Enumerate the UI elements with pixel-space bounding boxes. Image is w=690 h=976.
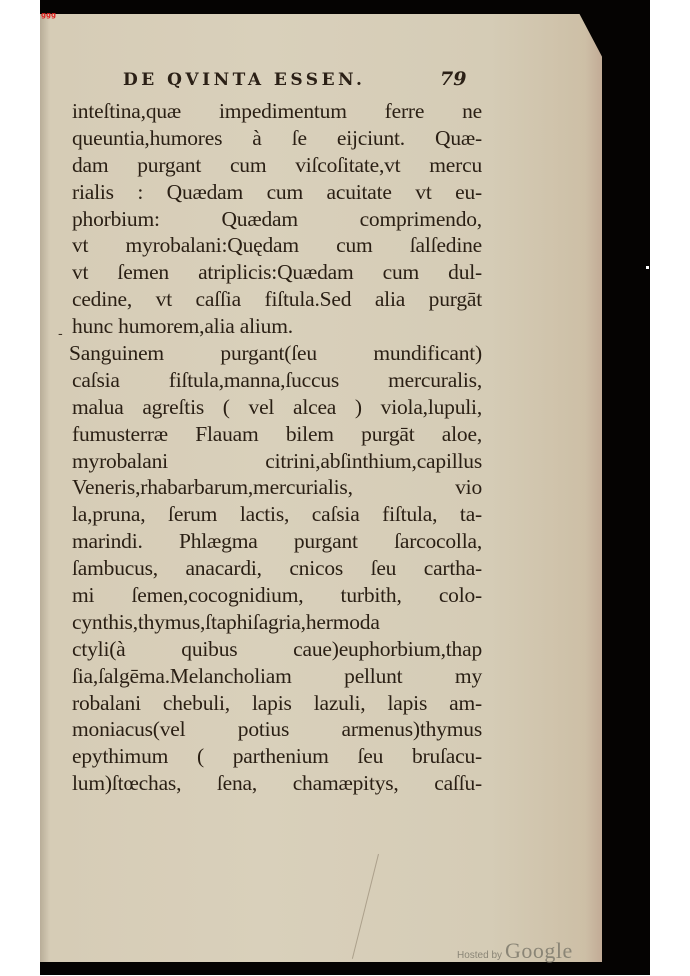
scan-corner-marker: ggg xyxy=(41,11,56,19)
text-line: rialis : Quædam cum acuitate vt eu- xyxy=(72,179,482,206)
text-line: inteſtina,quæ impedimentum ferre ne xyxy=(72,98,482,125)
page-number: 79 xyxy=(440,68,466,90)
hosted-by-google-watermark: Hosted by Google xyxy=(457,938,573,966)
text-line: queuntia,humores à ſe eijciunt. Quæ- xyxy=(72,125,482,152)
text-line: vt myrobalani:Quędam cum ſalſedine xyxy=(72,232,482,259)
running-title: DE QVINTA ESSEN. xyxy=(123,70,365,90)
text-line: cynthis,thymus,ſtaphiſagria,hermoda xyxy=(72,609,482,636)
edge-dot xyxy=(646,266,649,269)
running-head: DE QVINTA ESSEN. 79 xyxy=(123,70,483,94)
text-line: malua agreſtis ( vel alcea ) viola,lupul… xyxy=(72,394,482,421)
text-line: ctyli(à quibus caue)euphorbium,thap xyxy=(72,636,482,663)
text-line: dam purgant cum viſcoſitate,vt mercu xyxy=(72,152,482,179)
text-line: hunc humorem,alia alium. xyxy=(72,313,482,340)
paragraph-start-line: Sanguinem purgant(ſeu mundificant) xyxy=(69,340,482,367)
text-line: phorbium: Quædam comprimendo, xyxy=(72,206,482,233)
text-line: cedine, vt caſſia fiſtula.Sed alia purgā… xyxy=(72,286,482,313)
text-line: mi ſemen,cocognidium, turbith, colo- xyxy=(72,582,482,609)
margin-mark: - xyxy=(58,326,63,342)
text-line: myrobalani citrini,abſinthium,capillus xyxy=(72,448,482,475)
text-line: caſsia fiſtula,manna,ſuccus mercuralis, xyxy=(72,367,482,394)
text-line: robalani chebuli, lapis lazuli, lapis am… xyxy=(72,690,482,717)
text-line: epythimum ( parthenium ſeu bruſacu- xyxy=(72,743,482,770)
text-line: ſia,ſalgēma.Melancholiam pellunt my xyxy=(72,663,482,690)
text-line: fumusterræ Flauam bilem purgāt aloe, xyxy=(72,421,482,448)
text-line: la,pruna, ſerum lactis, caſsia fiſtula, … xyxy=(72,501,482,528)
hosted-by-label: Hosted by xyxy=(457,950,502,961)
text-line: lum)ſtœchas, ſena, chamæpitys, caſſu- xyxy=(72,770,482,797)
google-logo-text: Google xyxy=(505,938,573,964)
text-line: Veneris,rhabarbarum,mercurialis, vio xyxy=(72,474,482,501)
text-line: ſambucus, anacardi, cnicos ſeu cartha- xyxy=(72,555,482,582)
text-line: marindi. Phlægma purgant ſarcocolla, xyxy=(72,528,482,555)
text-line: vt ſemen atriplicis:Quædam cum dul- xyxy=(72,259,482,286)
body-text: inteſtina,quæ impedimentum ferre ne queu… xyxy=(72,98,482,797)
paper-crease xyxy=(352,854,379,959)
text-line: moniacus(vel potius armenus)thymus xyxy=(72,716,482,743)
